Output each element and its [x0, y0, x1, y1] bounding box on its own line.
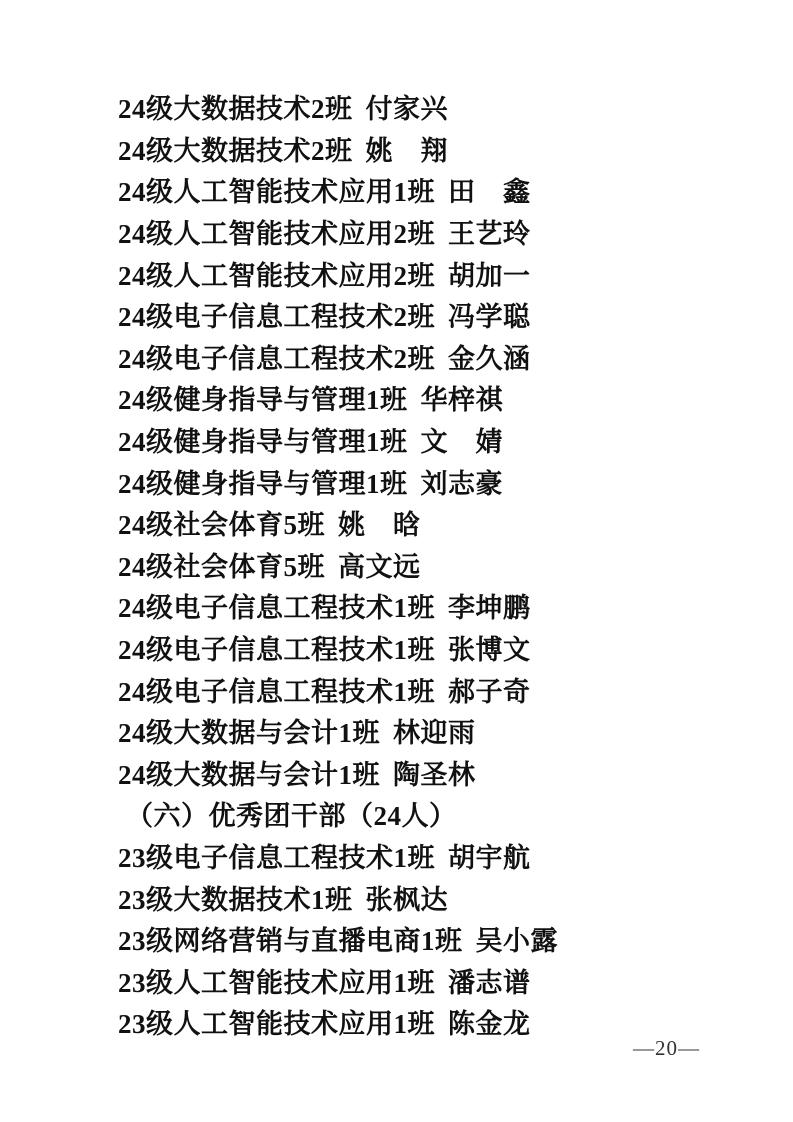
award-list-item: 24级健身指导与管理1班 刘志豪 — [118, 460, 738, 502]
award-list-item: 24级人工智能技术应用2班 王艺玲 — [118, 211, 738, 253]
class-label: 23级大数据技术1班 — [118, 878, 353, 917]
student-name: 张博文 — [448, 628, 531, 667]
class-label: 24级电子信息工程技术1班 — [118, 670, 435, 709]
class-label: 24级健身指导与管理1班 — [118, 378, 408, 417]
student-name: 林迎雨 — [393, 711, 476, 750]
class-label: 23级电子信息工程技术1班 — [118, 836, 435, 875]
award-list-item: 24级健身指导与管理1班 文 婧 — [118, 419, 738, 461]
document-page: 24级大数据技术2班 付家兴 24级大数据技术2班 姚 翔 24级人工智能技术应… — [0, 0, 793, 1122]
award-list-item: 24级电子信息工程技术2班 冯学聪 — [118, 294, 738, 336]
student-name: 付家兴 — [366, 87, 449, 126]
class-label: 23级人工智能技术应用1班 — [118, 961, 435, 1000]
award-list-item: 24级社会体育5班 高文远 — [118, 544, 738, 586]
class-label: 24级社会体育5班 — [118, 545, 325, 584]
student-name: 冯学聪 — [448, 295, 531, 334]
class-label: 24级健身指导与管理1班 — [118, 462, 408, 501]
class-label: 23级人工智能技术应用1班 — [118, 1002, 435, 1041]
award-list-item: 24级大数据与会计1班 陶圣林 — [118, 752, 738, 794]
award-list-item: 24级电子信息工程技术1班 郝子奇 — [118, 668, 738, 710]
student-name: 胡加一 — [448, 254, 531, 293]
award-list-item: 24级大数据技术2班 姚 翔 — [118, 128, 738, 170]
award-list-item: 24级人工智能技术应用1班 田 鑫 — [118, 169, 738, 211]
section-heading-text: （六）优秀团干部（24人） — [126, 794, 457, 833]
class-label: 24级人工智能技术应用2班 — [118, 212, 435, 251]
class-label: 24级大数据与会计1班 — [118, 753, 380, 792]
award-list-item: 24级社会体育5班 姚 晗 — [118, 502, 738, 544]
student-name: 文 婧 — [421, 420, 504, 459]
award-list-item: 24级电子信息工程技术1班 李坤鹏 — [118, 585, 738, 627]
student-name: 李坤鹏 — [448, 586, 531, 625]
class-label: 24级大数据与会计1班 — [118, 711, 380, 750]
award-list-item: 24级健身指导与管理1班 华梓祺 — [118, 377, 738, 419]
class-label: 24级健身指导与管理1班 — [118, 420, 408, 459]
student-name: 金久涵 — [448, 337, 531, 376]
student-name: 陈金龙 — [448, 1002, 531, 1041]
class-label: 24级电子信息工程技术2班 — [118, 337, 435, 376]
student-name: 潘志谱 — [448, 961, 531, 1000]
student-name: 姚 晗 — [338, 503, 421, 542]
award-list-item: 23级网络营销与直播电商1班 吴小露 — [118, 918, 738, 960]
class-label: 24级社会体育5班 — [118, 503, 325, 542]
award-list-item: 23级电子信息工程技术1班 胡宇航 — [118, 835, 738, 877]
page-number: —20— — [633, 1036, 700, 1061]
section-heading: （六）优秀团干部（24人） — [118, 793, 738, 835]
award-list-item: 24级电子信息工程技术1班 张博文 — [118, 627, 738, 669]
student-name: 胡宇航 — [448, 836, 531, 875]
class-label: 24级大数据技术2班 — [118, 129, 353, 168]
award-list-item: 23级人工智能技术应用1班 潘志谱 — [118, 959, 738, 1001]
class-label: 24级电子信息工程技术2班 — [118, 295, 435, 334]
class-label: 24级大数据技术2班 — [118, 87, 353, 126]
class-label: 23级网络营销与直播电商1班 — [118, 919, 463, 958]
class-label: 24级人工智能技术应用2班 — [118, 254, 435, 293]
award-list-item: 24级大数据与会计1班 林迎雨 — [118, 710, 738, 752]
award-list-item: 24级人工智能技术应用2班 胡加一 — [118, 252, 738, 294]
award-list-item: 24级大数据技术2班 付家兴 — [118, 86, 738, 128]
student-name: 吴小露 — [476, 919, 559, 958]
student-name: 高文远 — [338, 545, 421, 584]
student-name: 王艺玲 — [448, 212, 531, 251]
class-label: 24级人工智能技术应用1班 — [118, 170, 435, 209]
student-name: 田 鑫 — [448, 170, 531, 209]
class-label: 24级电子信息工程技术1班 — [118, 586, 435, 625]
student-name: 姚 翔 — [366, 129, 449, 168]
student-name: 张枫达 — [366, 878, 449, 917]
award-list-item: 24级电子信息工程技术2班 金久涵 — [118, 336, 738, 378]
class-label: 24级电子信息工程技术1班 — [118, 628, 435, 667]
student-name: 刘志豪 — [421, 462, 504, 501]
student-name: 华梓祺 — [421, 378, 504, 417]
award-list-item: 23级大数据技术1班 张枫达 — [118, 876, 738, 918]
student-name: 陶圣林 — [393, 753, 476, 792]
award-list: 24级大数据技术2班 付家兴 24级大数据技术2班 姚 翔 24级人工智能技术应… — [118, 86, 738, 1043]
student-name: 郝子奇 — [448, 670, 531, 709]
